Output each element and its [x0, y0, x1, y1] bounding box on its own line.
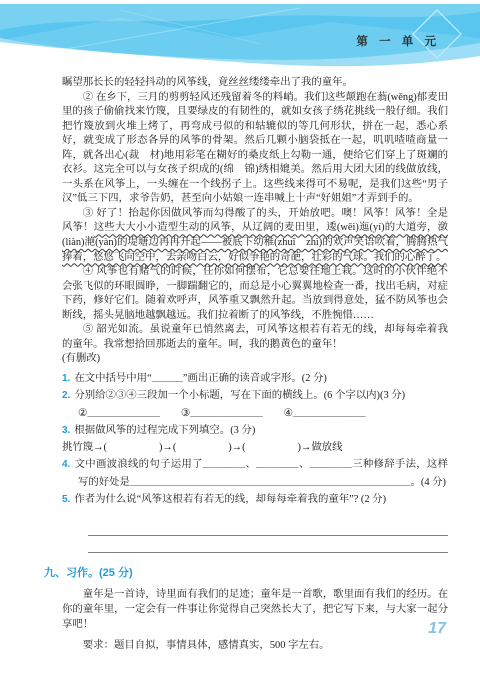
question-5-text: 作者为什么说“风筝这根若有若无的线，却每每牵着我的童年”? (2 分) [74, 494, 386, 505]
answer-lines [88, 520, 448, 553]
question-2-number: 2. [62, 390, 70, 401]
page-content: 瞩望那长长的轻轻抖动的风筝线，竟丝丝缕缕牵出了我的童年。 ② 在乡下，三月的剪剪… [62, 76, 448, 653]
question-1: 1.在文中括号中用“＿＿＿”画出正确的读音或字形。(2 分) [62, 370, 448, 387]
question-3-number: 3. [62, 425, 70, 436]
passage-intro-line: 瞩望那长长的轻轻抖动的风筝线，竟丝丝缕缕牵出了我的童年。 [62, 76, 448, 91]
wavy-underlined-sentence: 这些大大小小造型生动的风筝，从辽阔的麦田里，逶(wēi)迤(yí)的大道旁，潋(… [62, 222, 448, 262]
reading-passage: 瞩望那长长的轻轻抖动的风筝线，竟丝丝缕缕牵出了我的童年。 ② 在乡下，三月的剪剪… [62, 76, 448, 367]
answer-line [88, 520, 448, 536]
question-2-blanks: ②＿＿＿＿＿＿＿ ③＿＿＿＿＿＿＿ ④＿＿＿＿＿＿＿ [62, 405, 448, 422]
question-3-text: 根据做风筝的过程完成下列填空。(3 分) [74, 425, 255, 436]
question-5-number: 5. [62, 494, 70, 505]
question-3: 3.根据做风筝的过程完成下列填空。(3 分) [62, 422, 448, 439]
question-list: 1.在文中括号中用“＿＿＿”画出正确的读音或字形。(2 分) 2.分别给②③④三… [62, 370, 448, 553]
question-1-text: 在文中括号中用“＿＿＿”画出正确的读音或字形。(2 分) [74, 373, 327, 384]
question-1-number: 1. [62, 373, 70, 384]
header-banner: 第 一 单 元 [0, 0, 480, 70]
writing-section-heading: 九、习作。(25 分) [44, 565, 448, 581]
workbook-page: 第 一 单 元 瞩望那长长的轻轻抖动的风筝线，竟丝丝缕缕牵出了我的童年。 ② 在… [0, 0, 480, 679]
writing-section: 九、习作。(25 分) 童年是一首诗，诗里面有我们的足迹；童年是一首歌，歌里面有… [62, 565, 448, 653]
passage-paragraph-2: ② 在乡下，三月的剪剪轻风还残留着冬的料峭。我们这些颠跑在蓊(wěng)郁麦田里… [62, 91, 448, 207]
question-2: 2.分别给②③④三段加一个小标题，写在下面的横线上。(6 个字以内)(3 分) [62, 387, 448, 404]
writing-requirement: 要求：题目自拟，事情具体，感情真实，500 字左右。 [62, 638, 448, 653]
question-5: 5.作者为什么说“风筝这根若有若无的线，却每每牵着我的童年”? (2 分) [62, 491, 448, 508]
answer-line [88, 537, 448, 553]
writing-prompt: 童年是一首诗，诗里面有我们的足迹；童年是一首歌，歌里面有我们的经历。在你的童年里… [62, 587, 448, 632]
page-number: 17 [428, 620, 446, 638]
question-4: 4.文中画波浪线的句子运用了＿＿＿＿、＿＿＿＿、＿＿＿＿三种修辞手法，这样写的好… [62, 456, 448, 491]
question-4-number: 4. [62, 459, 70, 470]
passage-paragraph-5: ⑤ 韶光如流。虽说童年已悄然离去，可风筝这根若有若无的线，却每每牵着我的童年。我… [62, 323, 448, 352]
passage-paragraph-3: ③ 好了！抬起你因做风筝而勾得酸了的头，开始放吧。噢！风筝！风筝！全是风筝！这些… [62, 207, 448, 265]
passage-attribution: (有删改) [62, 352, 448, 367]
question-3-flow-blanks: 挑竹篾→( )→( )→( )→做放线 [62, 439, 448, 456]
passage-paragraph-4: ④ 风筝也有赌气的时候，任你如何摆布，它总要往地上栽。这时的小伙伴绝不会张飞似的… [62, 265, 448, 323]
question-2-text: 分别给②③④三段加一个小标题，写在下面的横线上。(6 个字以内)(3 分) [74, 390, 405, 401]
unit-label: 第 一 单 元 [356, 33, 440, 49]
question-4-text: 文中画波浪线的句子运用了＿＿＿＿、＿＿＿＿、＿＿＿＿三种修辞手法，这样写的好处是… [74, 459, 448, 487]
